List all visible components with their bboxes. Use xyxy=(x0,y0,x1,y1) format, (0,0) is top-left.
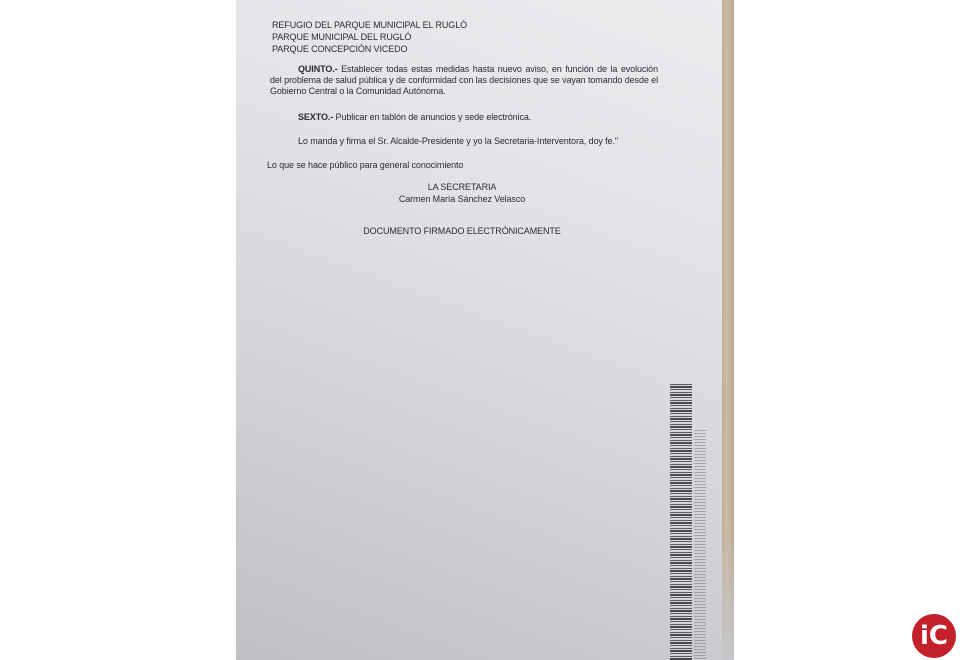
sexto-label: SEXTO.- xyxy=(298,112,333,122)
paragraph-quinto: QUINTO.- Establecer todas estas medidas … xyxy=(270,64,658,97)
document-photo: REFUGIO DEL PARQUE MUNICIPAL EL RUGLÓ PA… xyxy=(236,0,734,660)
barcode-caption xyxy=(694,430,706,660)
sexto-text: Publicar en tablón de anuncios y sede el… xyxy=(333,112,531,122)
location-line: REFUGIO DEL PARQUE MUNICIPAL EL RUGLÓ xyxy=(272,20,467,31)
location-line: PARQUE CONCEPCIÓN VICEDO xyxy=(272,44,407,55)
paper-page: REFUGIO DEL PARQUE MUNICIPAL EL RUGLÓ PA… xyxy=(236,0,722,660)
publisher-logo: iC xyxy=(912,614,956,658)
barcode xyxy=(670,384,692,660)
electronic-signature-note: DOCUMENTO FIRMADO ELECTRÓNICAMENTE xyxy=(236,226,688,237)
paragraph-closing: Lo manda y firma el Sr. Alcalde-Presiden… xyxy=(270,136,658,147)
location-line: PARQUE MUNICIPAL DEL RUGLÓ xyxy=(272,32,411,43)
signature-role: LA SECRETARIA xyxy=(236,182,688,193)
paper-edge-shadow xyxy=(722,520,734,660)
logo-icon: iC xyxy=(920,623,948,649)
public-notice: Lo que se hace público para general cono… xyxy=(267,160,463,171)
paragraph-sexto: SEXTO.- Publicar en tablón de anuncios y… xyxy=(270,112,658,123)
closing-text: Lo manda y firma el Sr. Alcalde-Presiden… xyxy=(298,136,618,146)
signature-name: Carmen María Sánchez Velasco xyxy=(236,194,688,205)
quinto-label: QUINTO.- xyxy=(298,64,338,74)
